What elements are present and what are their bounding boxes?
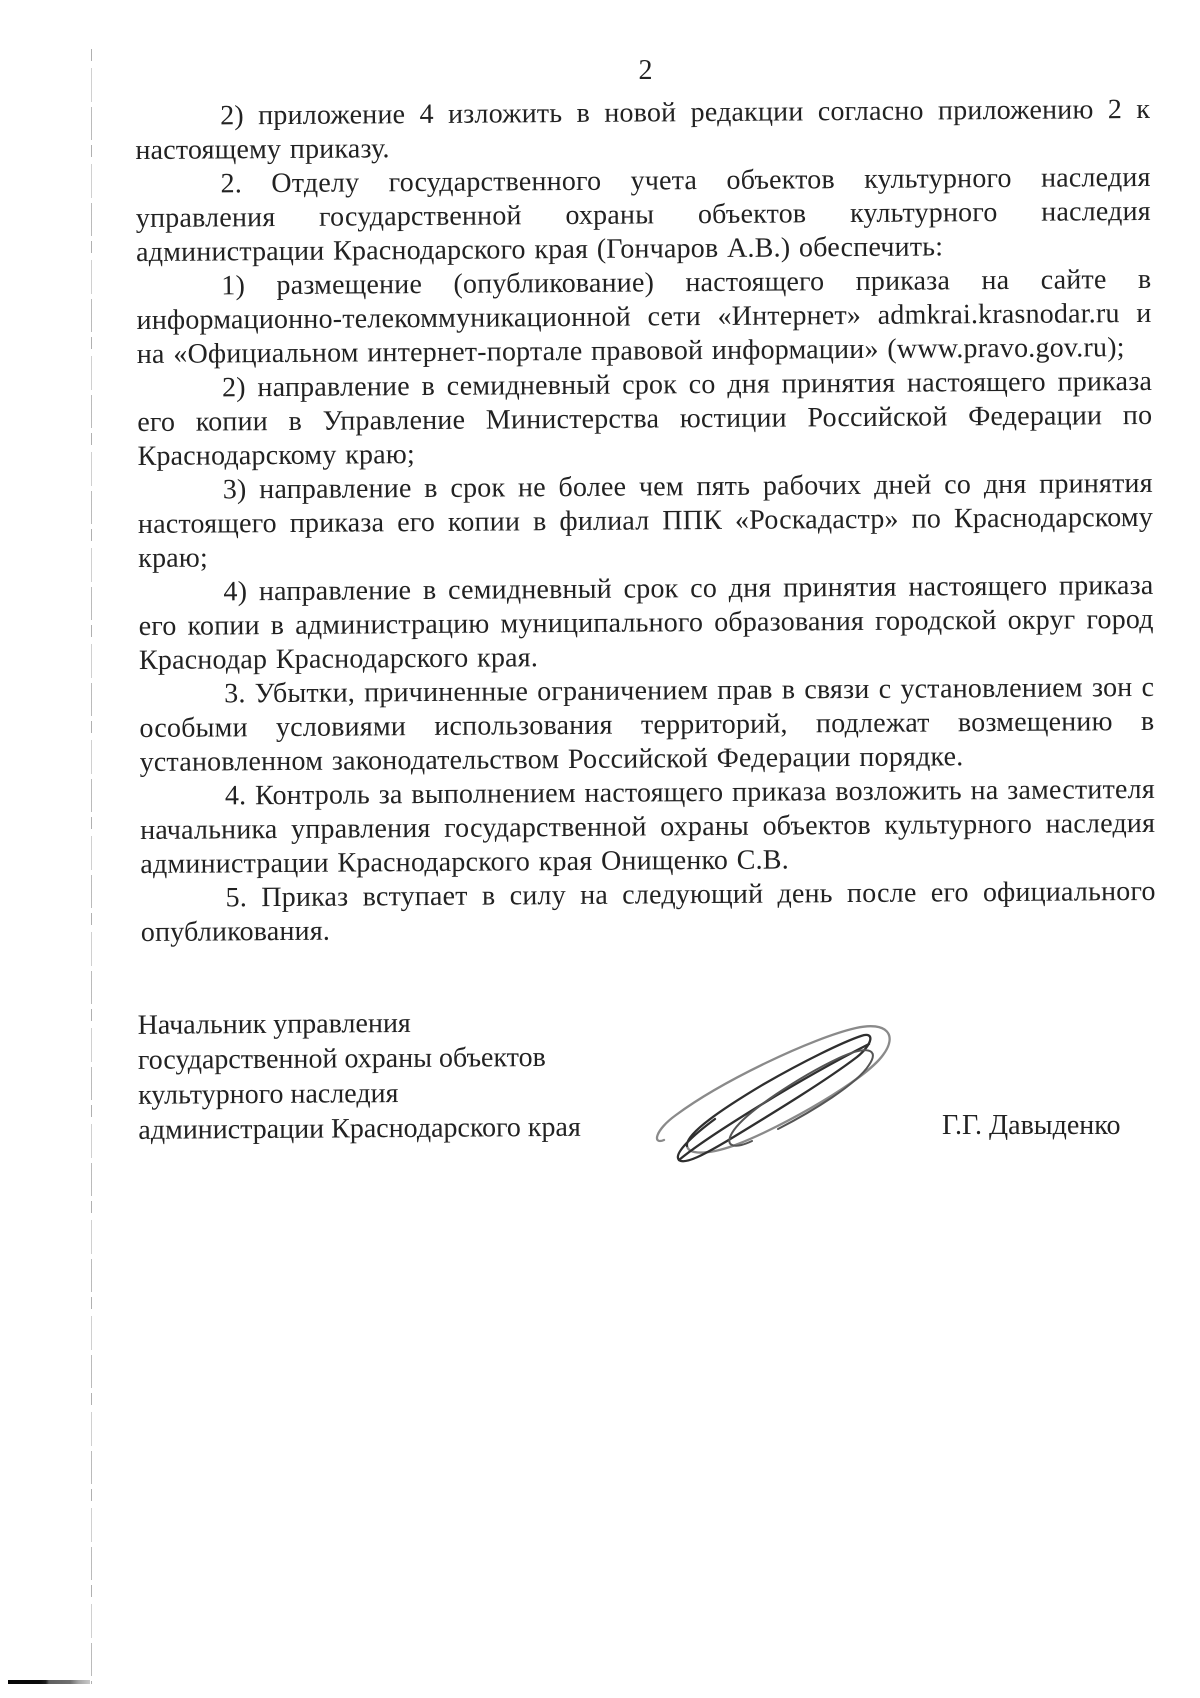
body-paragraph: 4. Контроль за выполнением настоящего пр…: [140, 773, 1156, 882]
scan-fold-line: [91, 44, 92, 1684]
body-paragraph: 2) приложение 4 изложить в новой редакци…: [135, 93, 1150, 168]
signature-title-line: Начальник управления: [138, 1004, 658, 1043]
signature-title-line: администрации Краснодарского края: [138, 1109, 658, 1148]
body-paragraph: 2) направление в семидневный срок со дня…: [137, 365, 1153, 474]
document-body: 2) приложение 4 изложить в новой редакци…: [135, 93, 1156, 950]
body-paragraph: 1) размещение (опубликование) настоящего…: [136, 263, 1152, 372]
body-paragraph: 2. Отделу государственного учета объекто…: [136, 161, 1152, 270]
body-paragraph: 4) направление в семидневный срок со дня…: [138, 569, 1154, 678]
signature-block: Начальник управления государственной охр…: [138, 1004, 659, 1148]
body-paragraph: 3. Убытки, причиненные ограничением прав…: [139, 671, 1155, 780]
body-paragraph: 5. Приказ вступает в силу на следующий д…: [140, 875, 1155, 950]
document-page: 2 2) приложение 4 изложить в новой редак…: [0, 0, 1200, 1698]
scan-edge-mark: [8, 1680, 90, 1684]
signature-title-line: государственной охраны объектов: [138, 1039, 658, 1078]
page-number: 2: [138, 56, 1153, 86]
handwritten-signature-icon: [642, 1020, 904, 1176]
signature-title-line: культурного наследия: [138, 1074, 658, 1113]
signature-name: Г.Г. Давыденко: [942, 1108, 1120, 1143]
body-paragraph: 3) направление в срок не более чем пять …: [138, 467, 1154, 576]
